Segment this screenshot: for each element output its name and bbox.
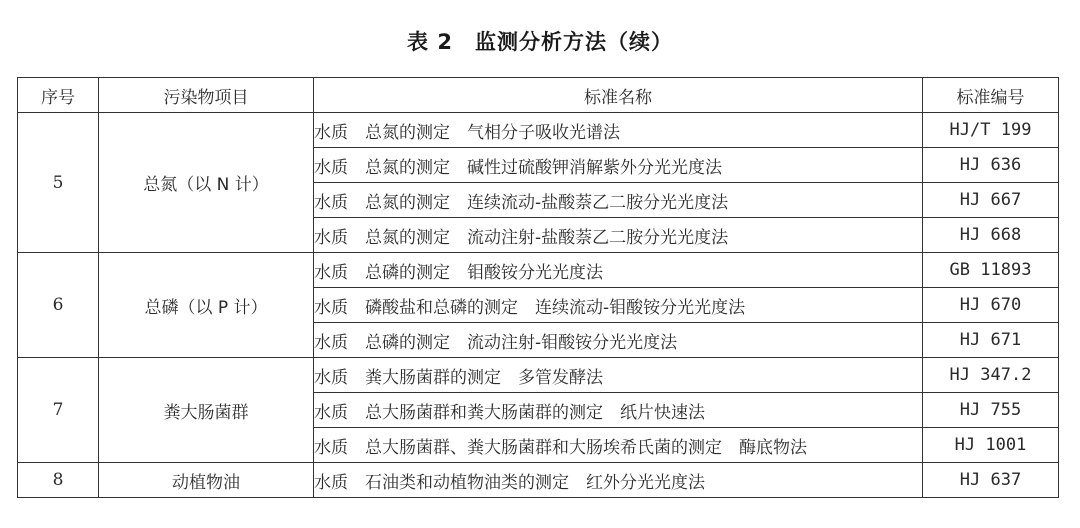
monitoring-methods-table: 序号 污染物项目 标准名称 标准编号 5 总氮（以 N 计） 水质 总氮的测定 … xyxy=(17,77,1059,498)
standard-name-cell: 水质 总大肠菌群和粪大肠菌群的测定 纸片快速法 xyxy=(314,393,923,428)
header-row: 序号 污染物项目 标准名称 标准编号 xyxy=(18,78,1059,113)
standard-name-cell: 水质 总磷的测定 流动注射-钼酸铵分光光度法 xyxy=(314,323,923,358)
standard-name-cell: 水质 总大肠菌群、粪大肠菌群和大肠埃希氏菌的测定 酶底物法 xyxy=(314,428,923,463)
standard-code-cell: HJ 667 xyxy=(923,183,1059,218)
standard-code-cell: HJ 637 xyxy=(923,463,1059,498)
header-standard-code: 标准编号 xyxy=(923,78,1059,113)
standard-code-cell: HJ/T 199 xyxy=(923,113,1059,148)
table-row: 7 粪大肠菌群 水质 粪大肠菌群的测定 多管发酵法 HJ 347.2 xyxy=(18,358,1059,393)
standard-name-cell: 水质 石油类和动植物油类的测定 红外分光光度法 xyxy=(314,463,923,498)
seq-cell: 8 xyxy=(18,463,99,498)
table-row: 6 总磷（以 P 计） 水质 总磷的测定 钼酸铵分光光度法 GB 11893 xyxy=(18,253,1059,288)
pollutant-cell: 动植物油 xyxy=(99,463,314,498)
pollutant-cell: 总磷（以 P 计） xyxy=(99,253,314,358)
seq-cell: 6 xyxy=(18,253,99,358)
standard-code-cell: HJ 636 xyxy=(923,148,1059,183)
standard-name-cell: 水质 粪大肠菌群的测定 多管发酵法 xyxy=(314,358,923,393)
header-pollutant: 污染物项目 xyxy=(99,78,314,113)
table-title: 表 2 监测分析方法（续） xyxy=(0,26,1080,56)
standard-name-cell: 水质 总氮的测定 连续流动-盐酸萘乙二胺分光光度法 xyxy=(314,183,923,218)
standard-code-cell: HJ 668 xyxy=(923,218,1059,253)
standard-name-cell: 水质 总氮的测定 碱性过硫酸钾消解紫外分光光度法 xyxy=(314,148,923,183)
seq-cell: 7 xyxy=(18,358,99,463)
standard-code-cell: HJ 1001 xyxy=(923,428,1059,463)
seq-cell: 5 xyxy=(18,113,99,253)
standard-code-cell: HJ 347.2 xyxy=(923,358,1059,393)
pollutant-cell: 总氮（以 N 计） xyxy=(99,113,314,253)
header-seq: 序号 xyxy=(18,78,99,113)
standard-name-cell: 水质 磷酸盐和总磷的测定 连续流动-钼酸铵分光光度法 xyxy=(314,288,923,323)
standard-code-cell: HJ 755 xyxy=(923,393,1059,428)
table-row: 8 动植物油 水质 石油类和动植物油类的测定 红外分光光度法 HJ 637 xyxy=(18,463,1059,498)
standard-code-cell: GB 11893 xyxy=(923,253,1059,288)
standard-name-cell: 水质 总氮的测定 流动注射-盐酸萘乙二胺分光光度法 xyxy=(314,218,923,253)
pollutant-cell: 粪大肠菌群 xyxy=(99,358,314,463)
header-standard-name: 标准名称 xyxy=(314,78,923,113)
standard-code-cell: HJ 671 xyxy=(923,323,1059,358)
standard-code-cell: HJ 670 xyxy=(923,288,1059,323)
standard-name-cell: 水质 总氮的测定 气相分子吸收光谱法 xyxy=(314,113,923,148)
table-row: 5 总氮（以 N 计） 水质 总氮的测定 气相分子吸收光谱法 HJ/T 199 xyxy=(18,113,1059,148)
standard-name-cell: 水质 总磷的测定 钼酸铵分光光度法 xyxy=(314,253,923,288)
